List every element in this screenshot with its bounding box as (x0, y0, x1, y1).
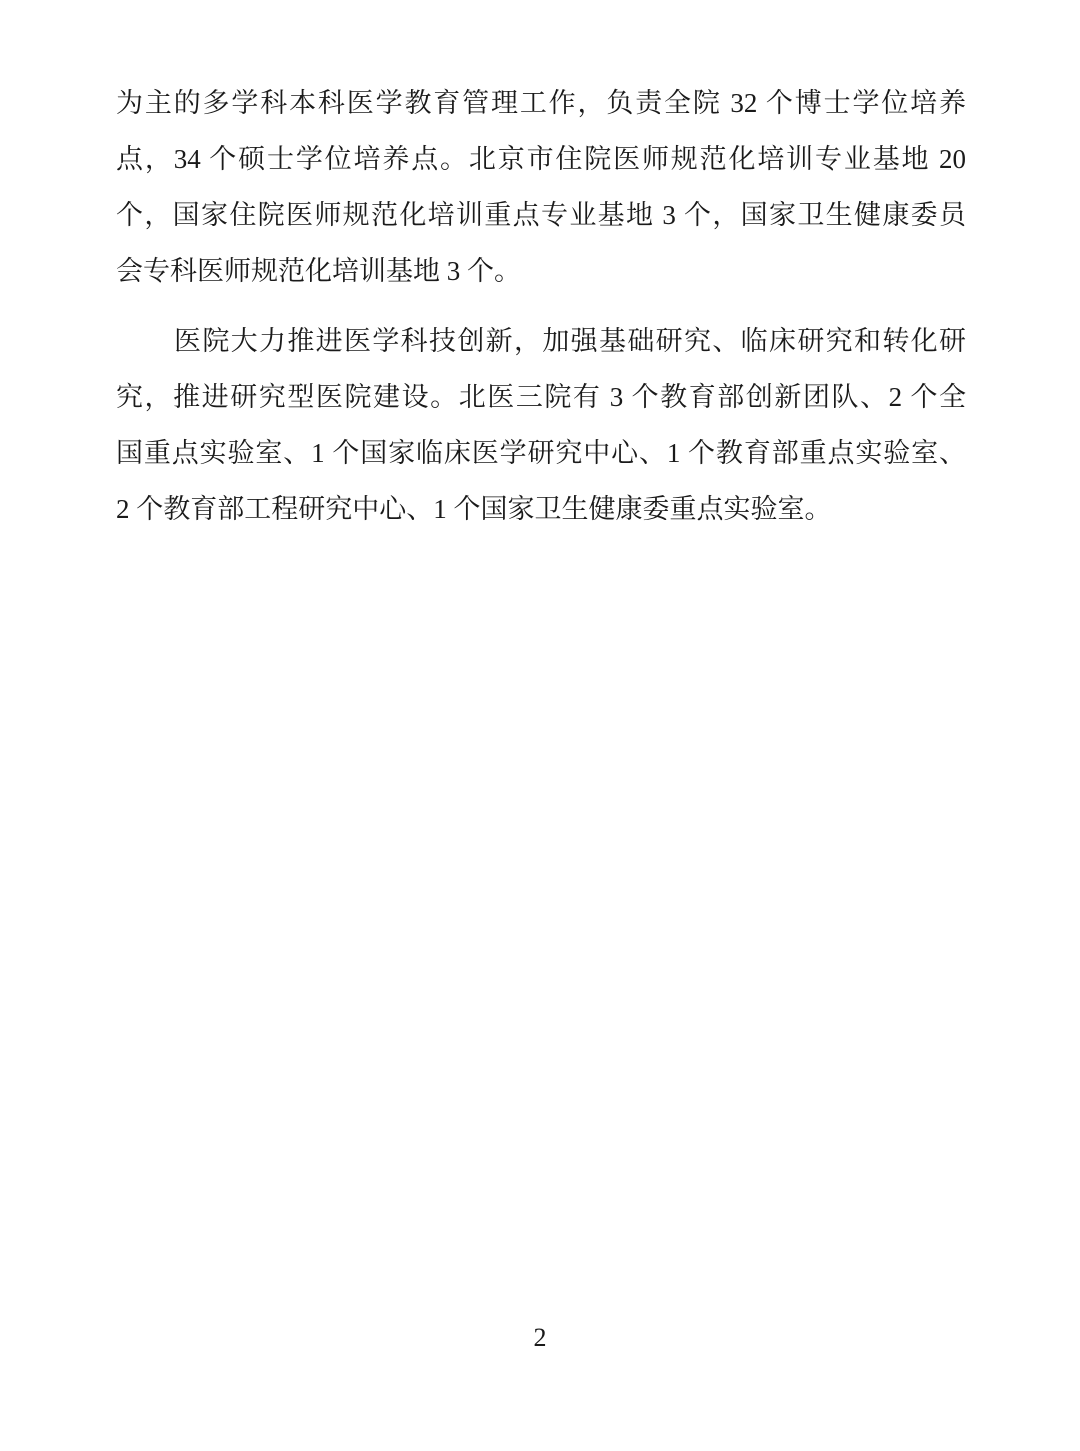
text-line: 究，推进研究型医院建设。北医三院有 3 个教育部创新团队、2 个全 (116, 369, 966, 425)
text-line: 为主的多学科本科医学教育管理工作，负责全院 32 个博士学位培养 (116, 75, 966, 131)
document-body: 为主的多学科本科医学教育管理工作，负责全院 32 个博士学位培养 点，34 个硕… (116, 75, 966, 537)
text-line: 国重点实验室、1 个国家临床医学研究中心、1 个教育部重点实验室、 (116, 425, 966, 481)
document-page: 为主的多学科本科医学教育管理工作，负责全院 32 个博士学位培养 点，34 个硕… (0, 0, 1080, 1451)
text-line: 点，34 个硕士学位培养点。北京市住院医师规范化培训专业基地 20 (116, 131, 966, 187)
paragraph-education: 为主的多学科本科医学教育管理工作，负责全院 32 个博士学位培养 点，34 个硕… (116, 75, 966, 299)
text-line: 会专科医师规范化培训基地 3 个。 (116, 243, 966, 299)
text-line: 2 个教育部工程研究中心、1 个国家卫生健康委重点实验室。 (116, 481, 966, 537)
paragraph-research: 医院大力推进医学科技创新，加强基础研究、临床研究和转化研 究，推进研究型医院建设… (116, 313, 966, 537)
page-number: 2 (0, 1322, 1080, 1354)
text-line: 医院大力推进医学科技创新，加强基础研究、临床研究和转化研 (116, 313, 966, 369)
text-line: 个，国家住院医师规范化培训重点专业基地 3 个，国家卫生健康委员 (116, 187, 966, 243)
